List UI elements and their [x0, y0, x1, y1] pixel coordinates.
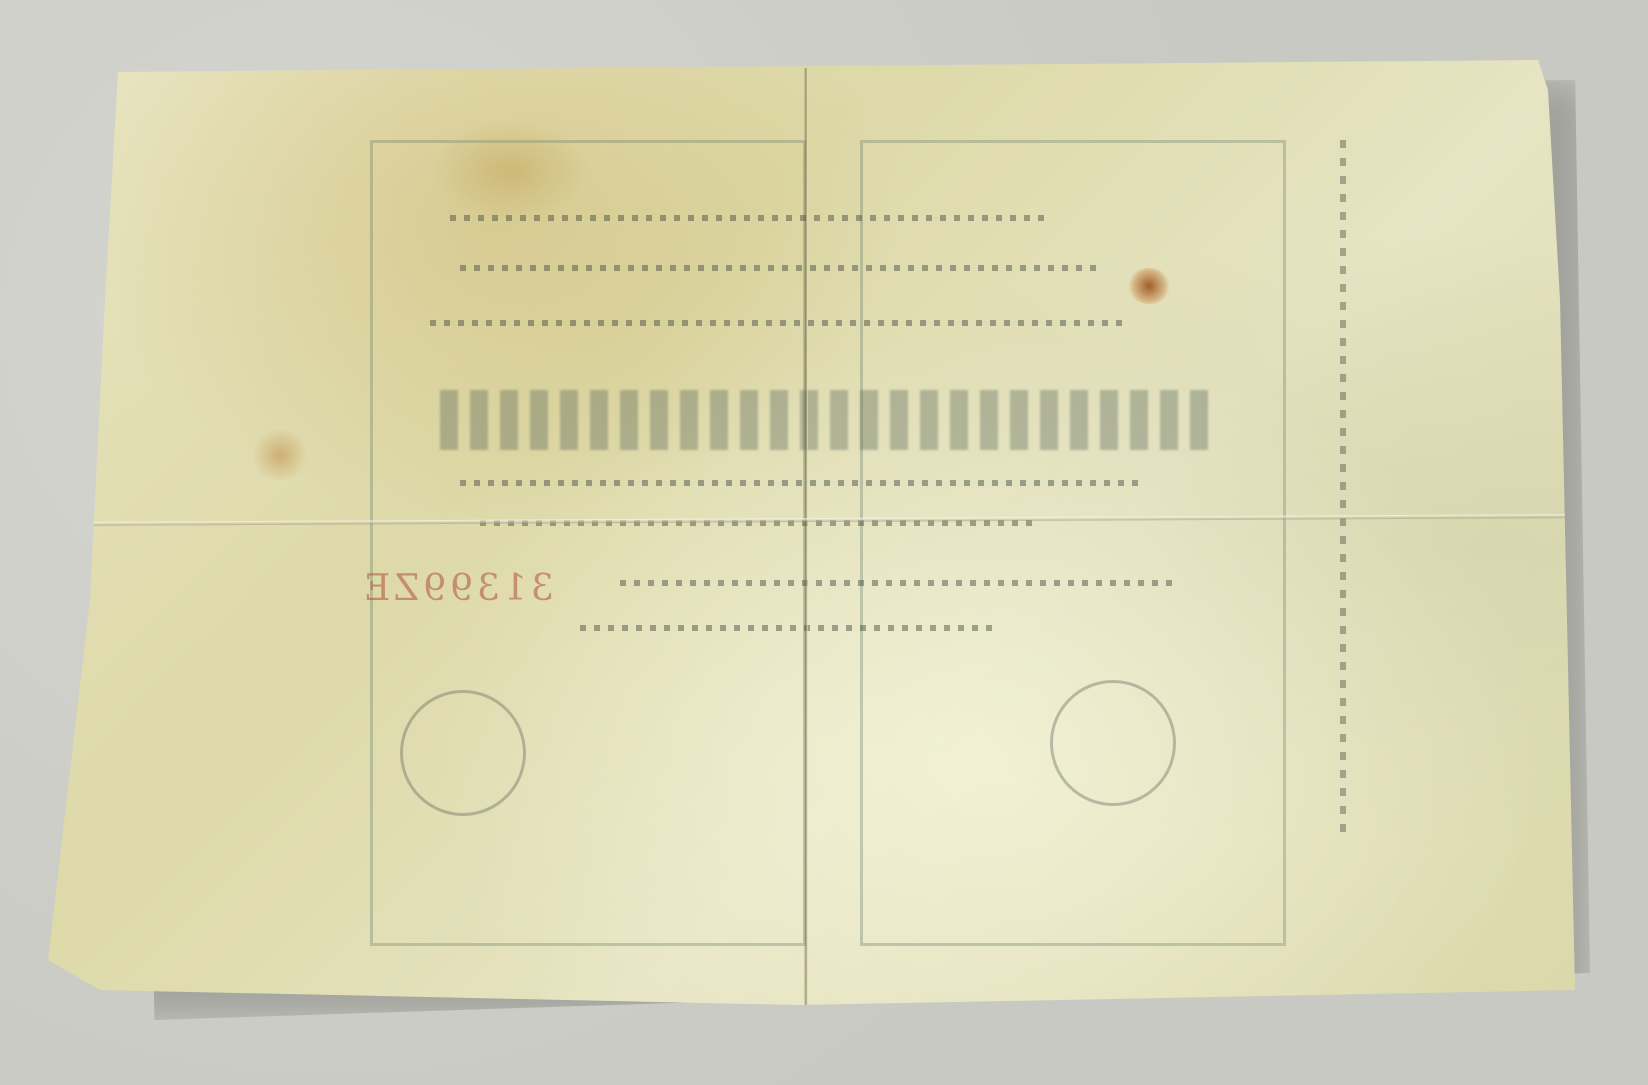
print-frame-left: [370, 140, 806, 946]
rust-stain: [1128, 268, 1170, 304]
text-row: [620, 580, 1180, 586]
water-stain: [430, 120, 590, 220]
text-row: [460, 265, 1100, 271]
serial-number: 31399ZE: [360, 568, 554, 609]
side-text: [1340, 140, 1346, 840]
vertical-fold: [804, 68, 808, 1008]
text-row: [580, 625, 1000, 631]
seal-left: [400, 690, 526, 816]
print-frame-right: [860, 140, 1286, 946]
mirrored-heading: [440, 390, 1220, 450]
text-row: [430, 320, 1130, 326]
seal-right: [1050, 680, 1176, 806]
text-row: [460, 480, 1140, 486]
rust-stain: [250, 430, 310, 480]
banknote: 31399ZE: [0, 0, 1648, 1085]
